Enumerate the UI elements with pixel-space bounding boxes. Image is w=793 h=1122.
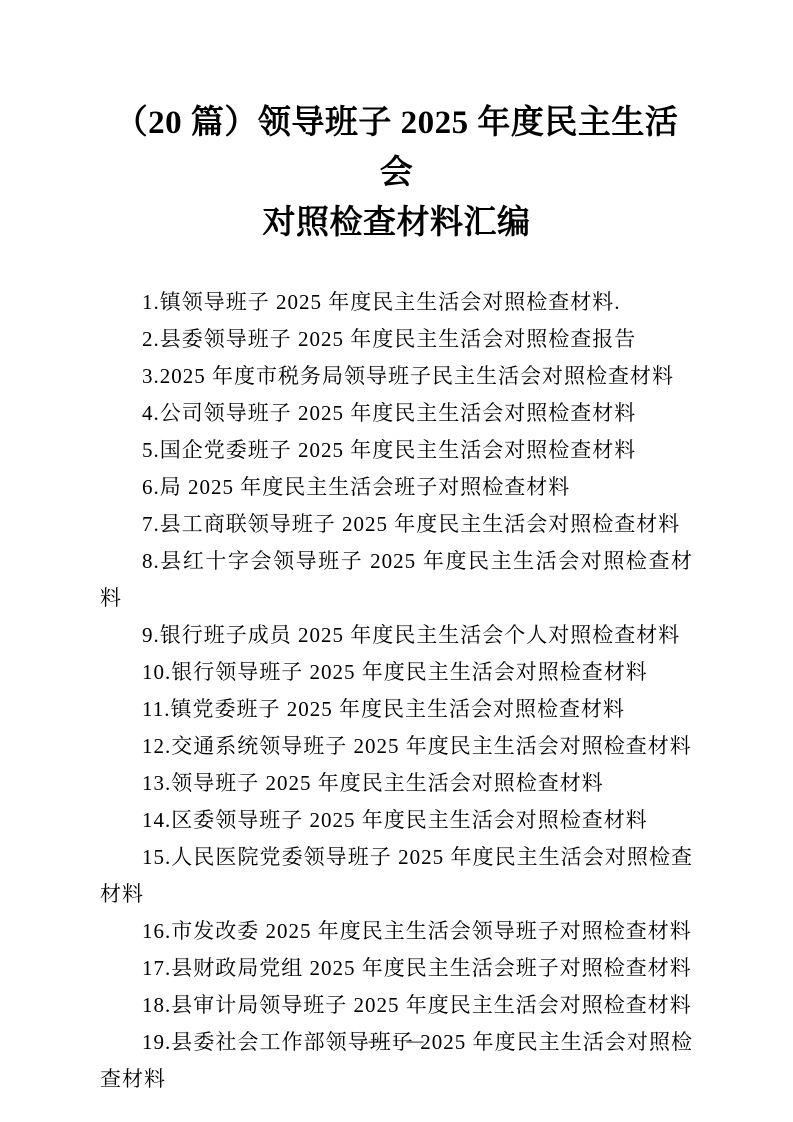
toc-item: 1.镇领导班子 2025 年度民主生活会对照检查材料.	[100, 284, 693, 321]
toc-item: 5.国企党委班子 2025 年度民主生活会对照检查材料	[100, 432, 693, 469]
toc-item: 15.人民医院党委领导班子 2025 年度民主生活会对照检查材料	[100, 839, 693, 913]
toc-item: 16.市发改委 2025 年度民主生活会领导班子对照检查材料	[100, 913, 693, 950]
toc-item: 9.银行班子成员 2025 年度民主生活会个人对照检查材料	[100, 617, 693, 654]
toc-item: 7.县工商联领导班子 2025 年度民主生活会对照检查材料	[100, 506, 693, 543]
document-title-line-2: 对照检查材料汇编	[100, 198, 693, 248]
document-title: （20 篇）领导班子 2025 年度民主生活会 对照检查材料汇编	[100, 98, 693, 248]
toc-item: 11.镇党委班子 2025 年度民主生活会对照检查材料	[100, 691, 693, 728]
document-page: （20 篇）领导班子 2025 年度民主生活会 对照检查材料汇编 1.镇领导班子…	[0, 0, 793, 1122]
toc-item: 3.2025 年度市税务局领导班子民主生活会对照检查材料	[100, 358, 693, 395]
toc-list: 1.镇领导班子 2025 年度民主生活会对照检查材料. 2.县委领导班子 202…	[100, 284, 693, 1098]
toc-item: 17.县财政局党组 2025 年度民主生活会班子对照检查材料	[100, 950, 693, 987]
toc-item: 18.县审计局领导班子 2025 年度民主生活会对照检查材料	[100, 987, 693, 1024]
toc-item: 14.区委领导班子 2025 年度民主生活会对照检查材料	[100, 802, 693, 839]
toc-item: 10.银行领导班子 2025 年度民主生活会对照检查材料	[100, 654, 693, 691]
toc-item: 2.县委领导班子 2025 年度民主生活会对照检查报告	[100, 321, 693, 358]
toc-item: 8.县红十字会领导班子 2025 年度民主生活会对照检查材料	[100, 543, 693, 617]
toc-item: 13.领导班子 2025 年度民主生活会对照检查材料	[100, 765, 693, 802]
toc-item: 6.局 2025 年度民主生活会班子对照检查材料	[100, 469, 693, 506]
toc-item: 12.交通系统领导班子 2025 年度民主生活会对照检查材料	[100, 728, 693, 765]
toc-item: 4.公司领导班子 2025 年度民主生活会对照检查材料	[100, 395, 693, 432]
page-number: — 1 —	[0, 1031, 793, 1051]
document-title-line-1: （20 篇）领导班子 2025 年度民主生活会	[100, 98, 693, 198]
